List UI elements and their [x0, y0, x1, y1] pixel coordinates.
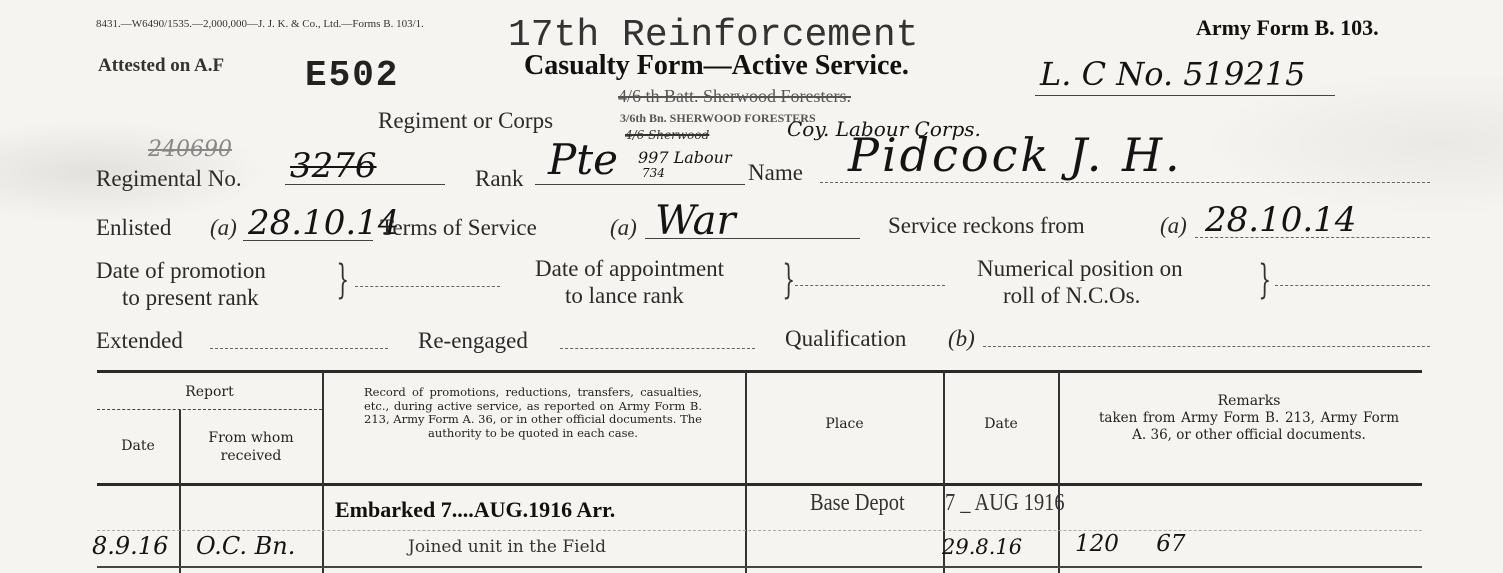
row2-record: Joined unit in the Field	[408, 537, 606, 557]
regiment-struck: 4/6 Sherwood	[625, 128, 709, 142]
rank-value: Pte	[548, 135, 618, 184]
col-divider-record	[745, 372, 747, 573]
rank-note-2: 734	[642, 166, 665, 180]
table-row-rule	[97, 566, 1422, 568]
struck-unit: 4/6 th Batt. Sherwood Foresters.	[618, 86, 851, 107]
rank-line	[535, 184, 745, 185]
reckons-label: Service reckons from	[888, 213, 1085, 239]
reckons-value: 28.10.14	[1205, 200, 1356, 240]
nco-line	[1275, 285, 1430, 286]
appointment-brace: }	[782, 257, 795, 303]
header-from-whom-line1: From whom	[180, 429, 322, 447]
reengaged-line	[560, 348, 755, 349]
table-top-rule	[97, 370, 1422, 373]
attested-stamp: Attested on A.F	[98, 55, 224, 77]
reckons-line	[1195, 237, 1430, 238]
col-divider-report	[322, 372, 324, 573]
promotion-label-1: Date of promotion	[96, 258, 266, 284]
row2-remarks: 120 67	[1075, 531, 1185, 557]
promotion-brace: }	[336, 257, 349, 303]
nco-label-2: roll of N.C.Os.	[1003, 283, 1140, 309]
printer-line: 8431.—W6490/1535.—2,000,000—J. J. K. & C…	[96, 18, 424, 30]
regimental-no-line	[285, 184, 445, 185]
name-line	[820, 182, 1430, 183]
header-place: Place	[746, 416, 943, 432]
promotion-label-2: to present rank	[122, 285, 259, 311]
enlisted-value: 28.10.14	[248, 203, 399, 243]
enlisted-label: Enlisted	[96, 215, 171, 241]
reference-underline	[1035, 95, 1335, 96]
row-divider	[97, 530, 1422, 531]
terms-label: Terms of Service	[380, 215, 537, 241]
report-split-rule	[97, 409, 322, 410]
header-report: Report	[97, 384, 322, 400]
enlisted-line	[243, 240, 373, 241]
reckons-mark: (a)	[1160, 213, 1187, 239]
header-date: Date	[944, 416, 1058, 432]
terms-mark: (a)	[610, 215, 637, 241]
qualification-line	[983, 346, 1430, 347]
row2-date: 29.8.16	[942, 535, 1022, 559]
reengaged-label: Re-engaged	[418, 328, 528, 354]
appointment-label-1: Date of appointment	[535, 256, 724, 282]
header-from-whom-line2: received	[180, 447, 322, 465]
extended-label: Extended	[96, 328, 183, 354]
regimental-no-label: Regimental No.	[96, 166, 242, 192]
enlisted-mark: (a)	[210, 215, 237, 241]
regimental-no-struck: 240690	[148, 137, 232, 162]
row1-date: 7 _ AUG 1916	[945, 490, 1065, 517]
nco-label-1: Numerical position on	[977, 256, 1183, 282]
appointment-label-2: to lance rank	[565, 283, 684, 309]
terms-line	[645, 238, 860, 239]
form-title: Casualty Form—Active Service.	[524, 50, 909, 82]
rank-label: Rank	[475, 166, 524, 192]
header-remarks: Remarks taken from Army Form B. 213, Arm…	[1099, 393, 1399, 444]
qualification-label: Qualification	[785, 326, 906, 352]
regiment-label: Regiment or Corps	[378, 108, 553, 134]
header-from-whom: From whom received	[180, 429, 322, 465]
row2-report-date: 8.9.16	[92, 532, 168, 560]
reference-number: L. C No. 519215	[1040, 55, 1305, 93]
extended-line	[210, 348, 388, 349]
regimental-no-value: 3276	[290, 146, 377, 186]
row2-from-whom: O.C. Bn.	[196, 532, 295, 560]
header-record: Record of promotions, reductions, transf…	[364, 386, 702, 440]
stamp-code: E502	[305, 55, 399, 96]
appointment-line	[795, 285, 945, 286]
name-value: Pidcock J. H.	[848, 128, 1183, 182]
table-header-rule	[97, 483, 1422, 486]
nco-brace: }	[1258, 257, 1271, 303]
qualification-mark: (b)	[948, 326, 975, 352]
rank-note-1: 997 Labour	[638, 148, 732, 167]
row1-record: Embarked 7....AUG.1916 Arr.	[335, 497, 615, 523]
name-label: Name	[748, 160, 803, 186]
form-number: Army Form B. 103.	[1196, 15, 1379, 41]
row1-place: Base Depot	[810, 490, 905, 517]
header-remarks-line2: taken from Army Form B. 213, Army Form A…	[1099, 410, 1399, 444]
col-divider-date	[1058, 372, 1060, 573]
header-remarks-line1: Remarks	[1099, 393, 1399, 410]
header-report-date: Date	[97, 438, 179, 454]
promotion-line	[355, 286, 500, 287]
